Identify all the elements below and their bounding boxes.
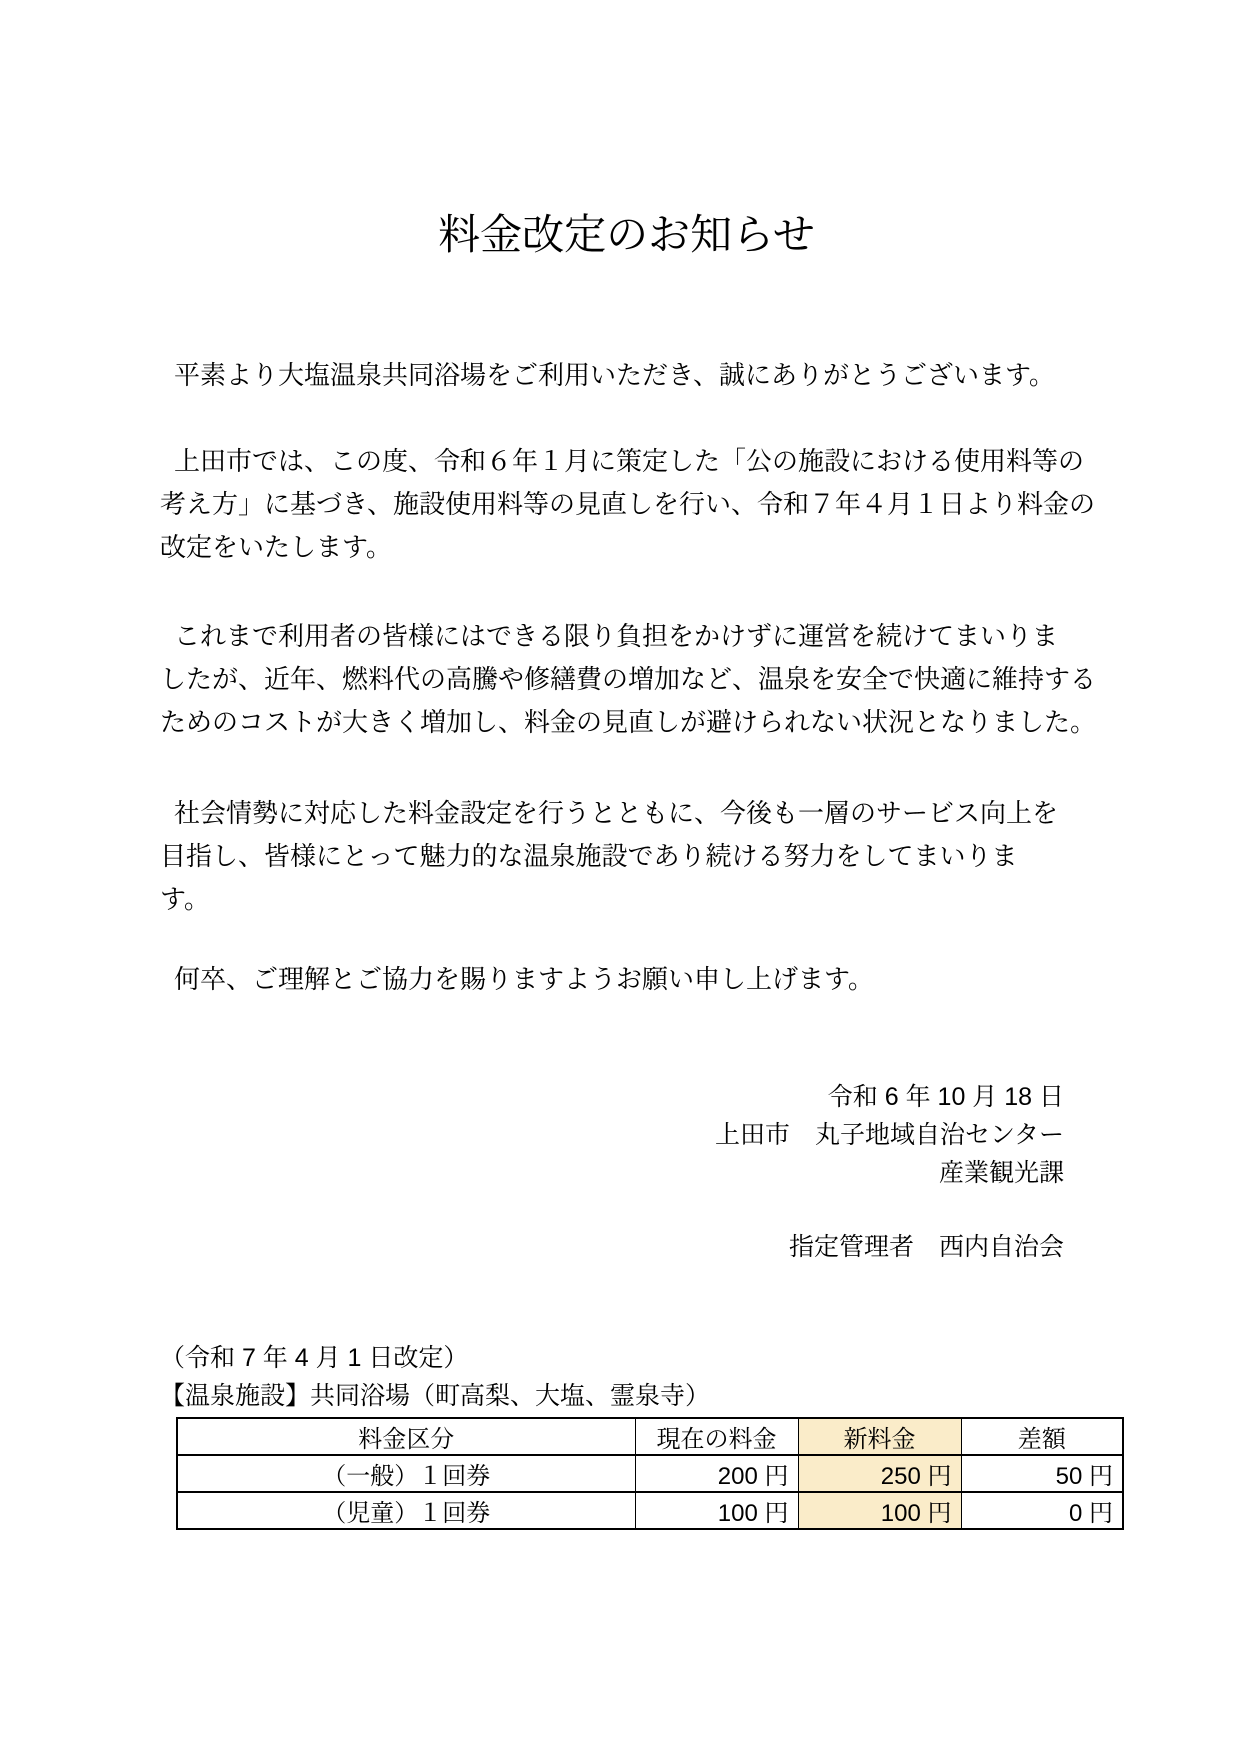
document-content: 料金改定のお知らせ 平素より大塩温泉共同浴場をご利用いただき、誠にありがとうござ… [0, 0, 1241, 1530]
column-header-fee-category: 料金区分 [177, 1418, 635, 1455]
paragraph-line: 何卒、ご理解とご協力を賜りますようお願い申し上げます。 [160, 958, 1093, 1001]
fee-category-cell: （児童）１回券 [177, 1492, 635, 1529]
current-fee-cell: 100 円 [635, 1492, 798, 1529]
new-fee-cell: 250 円 [798, 1455, 961, 1492]
paragraph-line: 目指し、皆様にとって魅力的な温泉施設であり続ける努力をしてまいりま [160, 835, 1093, 878]
document-page: 料金改定のお知らせ 平素より大塩温泉共同浴場をご利用いただき、誠にありがとうござ… [0, 0, 1241, 1755]
difference-cell: 50 円 [961, 1455, 1123, 1492]
paragraph-line: したが、近年、燃料代の高騰や修繕費の増加など、温泉を安全で快適に維持する [160, 658, 1093, 701]
paragraph-line: ためのコストが大きく増加し、料金の見直しが避けられない状況となりました。 [160, 701, 1093, 744]
column-header-current-fee: 現在の料金 [635, 1418, 798, 1455]
document-title: 料金改定のお知らせ [160, 211, 1093, 259]
facility-label: 【温泉施設】共同浴場（町高梨、大塩、霊泉寺） [160, 1377, 1093, 1415]
column-header-difference: 差額 [961, 1418, 1123, 1455]
column-header-new-fee: 新料金 [798, 1418, 961, 1455]
paragraph-line: 社会情勢に対応した料金設定を行うとともに、今後も一層のサービス向上を [160, 792, 1093, 835]
signature-block: 令和 6 年 10 月 18 日 上田市 丸子地域自治センター 産業観光課 [160, 1078, 1093, 1192]
new-fee-cell: 100 円 [798, 1492, 961, 1529]
paragraph-line: 平素より大塩温泉共同浴場をご利用いただき、誠にありがとうございます。 [160, 354, 1093, 397]
current-fee-cell: 200 円 [635, 1455, 798, 1492]
difference-cell: 0 円 [961, 1492, 1123, 1529]
signature-date: 令和 6 年 10 月 18 日 [160, 1078, 1064, 1116]
paragraph-line: 上田市では、この度、令和６年１月に策定した「公の施設における使用料等の [160, 440, 1093, 483]
paragraph-greeting: 平素より大塩温泉共同浴場をご利用いただき、誠にありがとうございます。 [160, 354, 1093, 397]
revision-date-note: （令和 7 年 4 月 1 日改定） [160, 1339, 1093, 1377]
paragraph-line: 考え方」に基づき、施設使用料等の見直しを行い、令和７年４月１日より料金の [160, 483, 1093, 526]
fee-category-cell: （一般）１回券 [177, 1455, 635, 1492]
paragraph-line: これまで利用者の皆様にはできる限り負担をかけずに運営を続けてまいりま [160, 615, 1093, 658]
fee-table-header-row: 料金区分 現在の料金 新料金 差額 [177, 1418, 1123, 1455]
table-row: （一般）１回券 200 円 250 円 50 円 [177, 1455, 1123, 1492]
revision-info: （令和 7 年 4 月 1 日改定） 【温泉施設】共同浴場（町高梨、大塩、霊泉寺… [160, 1339, 1093, 1415]
signature-organization: 上田市 丸子地域自治センター [160, 1116, 1064, 1154]
paragraph-line: す。 [160, 878, 1093, 921]
paragraph-line: 改定をいたします。 [160, 526, 1093, 569]
table-row: （児童）１回券 100 円 100 円 0 円 [177, 1492, 1123, 1529]
signature-designated-manager: 指定管理者 西内自治会 [160, 1228, 1093, 1266]
signature-department: 産業観光課 [160, 1154, 1064, 1192]
paragraph-service-commitment: 社会情勢に対応した料金設定を行うとともに、今後も一層のサービス向上を 目指し、皆… [160, 792, 1093, 921]
fee-table: 料金区分 現在の料金 新料金 差額 （一般）１回券 200 円 250 円 50… [176, 1417, 1124, 1530]
paragraph-revision-policy: 上田市では、この度、令和６年１月に策定した「公の施設における使用料等の 考え方」… [160, 440, 1093, 569]
paragraph-cost-background: これまで利用者の皆様にはできる限り負担をかけずに運営を続けてまいりま したが、近… [160, 615, 1093, 744]
paragraph-closing-request: 何卒、ご理解とご協力を賜りますようお願い申し上げます。 [160, 958, 1093, 1001]
